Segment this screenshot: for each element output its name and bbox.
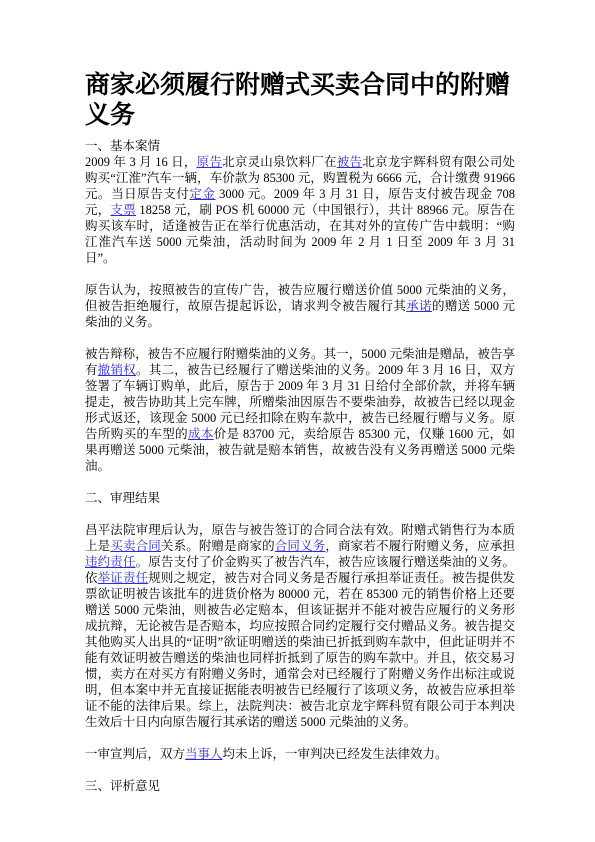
paragraph: 原告认为，按照被告的宣传广告，被告应履行赠送价值 5000 元柴油的义务，但被告… bbox=[85, 282, 515, 330]
inline-link[interactable]: 定金 bbox=[189, 187, 215, 201]
inline-link[interactable]: 撤销权 bbox=[98, 363, 136, 377]
document-content: 商家必须履行附赠式买卖合同中的附赠义务 一、基本案情2009 年 3 月 16 … bbox=[0, 0, 595, 794]
text-run: 关系。附赠是商家的 bbox=[161, 539, 275, 553]
text-run: 18258 元，刷 POS 机 60000 元（中国银行），共计 88966 元… bbox=[85, 203, 515, 265]
page-title: 商家必须履行附赠式买卖合同中的附赠义务 bbox=[85, 70, 515, 130]
paragraph: 昌平法院审理后认为，原告与被告签订的合同合法有效。附赠式销售行为本质上是买卖合同… bbox=[85, 522, 515, 730]
paragraph: 2009 年 3 月 16 日，原告北京灵山泉饮料厂在被告北京龙宇辉科贸有限公司… bbox=[85, 154, 515, 266]
text-run: 北京灵山泉饮料厂在 bbox=[222, 155, 337, 169]
section: 三、评析意见 bbox=[85, 778, 515, 794]
inline-link[interactable]: 举证责任 bbox=[98, 571, 149, 585]
inline-link[interactable]: 买卖合同 bbox=[110, 539, 161, 553]
document-body: 一、基本案情2009 年 3 月 16 日，原告北京灵山泉饮料厂在被告北京龙宇辉… bbox=[85, 138, 515, 794]
inline-link[interactable]: 违约责任 bbox=[85, 555, 136, 569]
document-page: 商家必须履行附赠式买卖合同中的附赠义务 一、基本案情2009 年 3 月 16 … bbox=[0, 0, 595, 842]
section: 一、基本案情2009 年 3 月 16 日，原告北京灵山泉饮料厂在被告北京龙宇辉… bbox=[85, 138, 515, 474]
section-heading: 三、评析意见 bbox=[85, 778, 515, 794]
text-run: 2009 年 3 月 16 日， bbox=[85, 155, 197, 169]
text-run: 均未上诉，一审判决已经发生法律效力。 bbox=[223, 747, 448, 761]
text-run: 一审宣判后，双方 bbox=[85, 747, 185, 761]
inline-link[interactable]: 原告 bbox=[197, 155, 223, 169]
section-heading: 二、审理结果 bbox=[85, 490, 515, 506]
inline-link[interactable]: 支票 bbox=[110, 203, 135, 217]
paragraph: 被告辩称，被告不应履行附赠柴油的义务。其一，5000 元柴油是赠品，被告享有撤销… bbox=[85, 346, 515, 474]
text-run: 规则之规定，被告对合同义务是否履行承担举证责任。被告提供发票欲证明被告该批车的进… bbox=[85, 571, 515, 729]
paragraph: 一审宣判后，双方当事人均未上诉，一审判决已经发生法律效力。 bbox=[85, 746, 515, 762]
inline-link[interactable]: 承诺 bbox=[406, 299, 432, 313]
section: 二、审理结果昌平法院审理后认为，原告与被告签订的合同合法有效。附赠式销售行为本质… bbox=[85, 490, 515, 762]
inline-link[interactable]: 合同义务 bbox=[275, 539, 326, 553]
text-run: ，商家若不履行附赠义务，应承担 bbox=[325, 539, 515, 553]
inline-link[interactable]: 被告 bbox=[337, 155, 363, 169]
inline-link[interactable]: 当事人 bbox=[185, 747, 223, 761]
inline-link[interactable]: 成本 bbox=[188, 427, 214, 441]
section-heading: 一、基本案情 bbox=[85, 138, 515, 154]
